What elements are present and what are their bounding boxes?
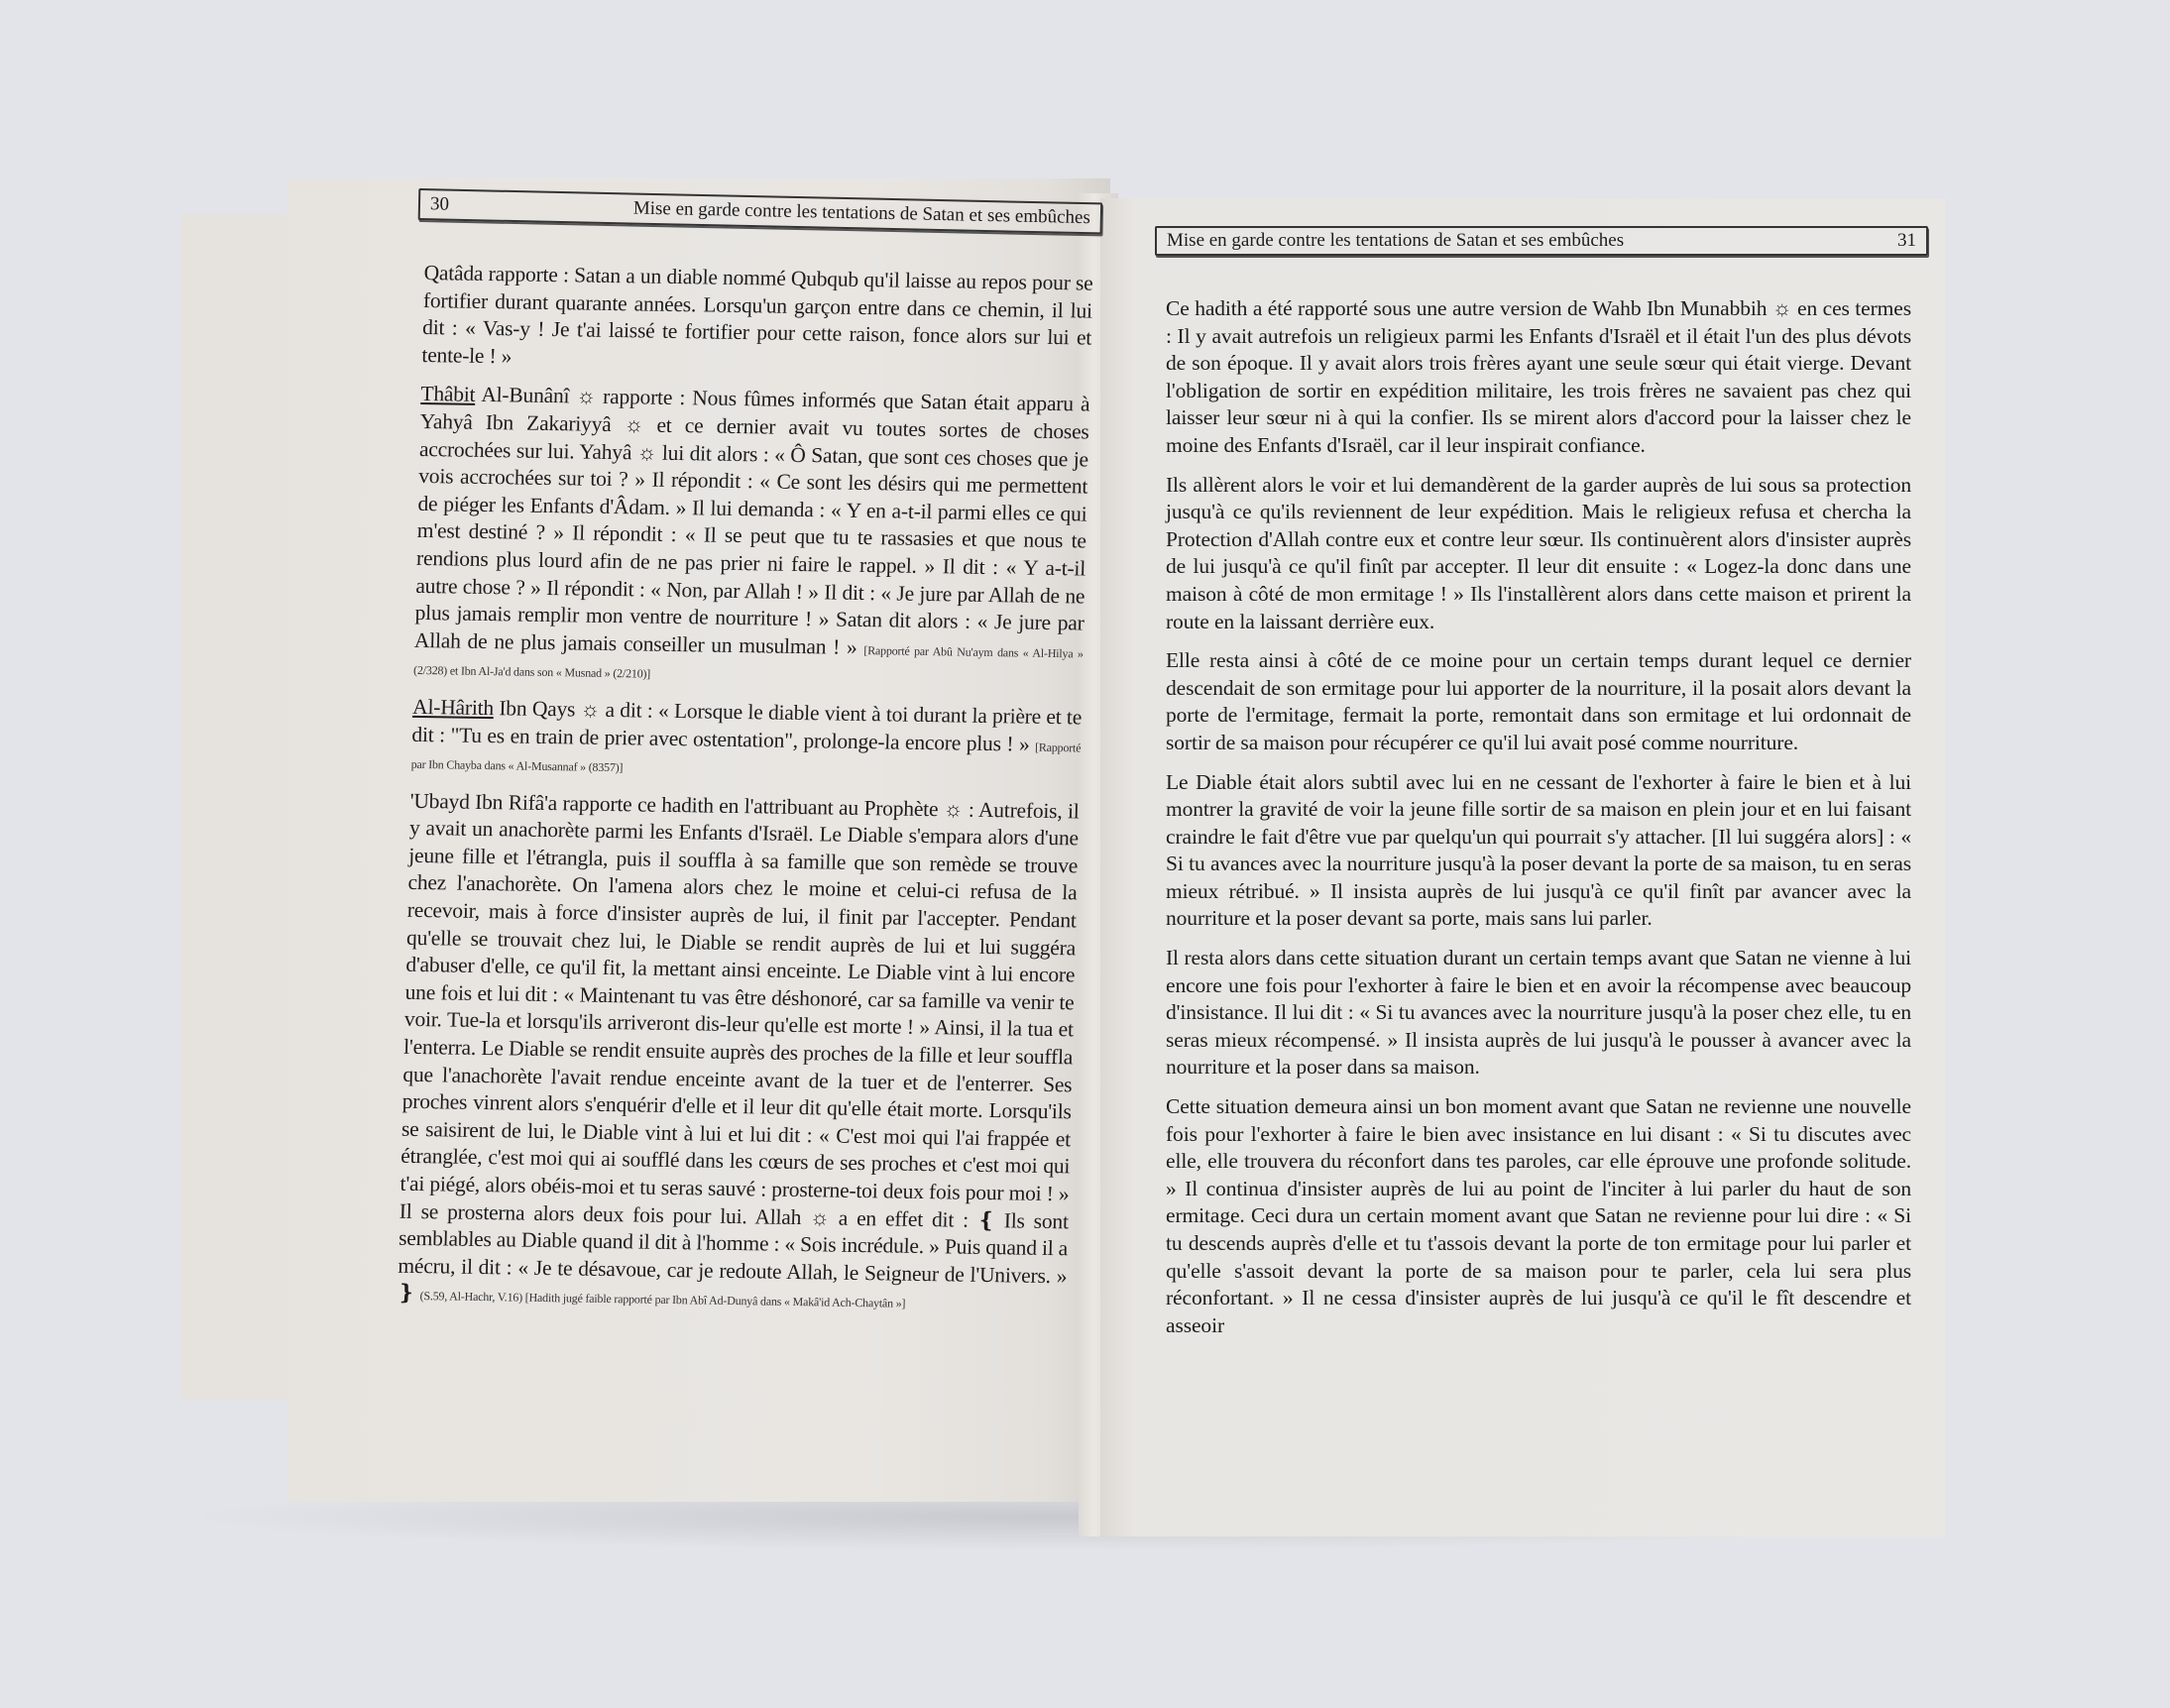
narrator-name: Al-Hârith [412, 695, 494, 720]
narrator-name: Thâbit [420, 382, 476, 406]
right-page-body: Ce hadith a été rapporté sous une autre … [1166, 295, 1911, 1351]
paragraph: Al-Hârith Ibn Qays ☼ a dit : « Lorsque l… [410, 694, 1082, 786]
paragraph: Qatâda rapporte : Satan a un diable nomm… [421, 260, 1093, 380]
paragraph: Ce hadith a été rapporté sous une autre … [1166, 295, 1911, 460]
citation: (S.59, Al-Hachr, V.16) [Hadith jugé faib… [419, 1289, 905, 1310]
right-running-title: Mise en garde contre les tentations de S… [1167, 228, 1624, 254]
right-running-header: Mise en garde contre les tentations de S… [1155, 226, 1928, 256]
narrator-name: 'Ubayd Ibn Rifâ'a [409, 789, 557, 815]
paragraph: Elle resta ainsi à côté de ce moine pour… [1166, 647, 1911, 756]
paragraph: Cette situation demeura ainsi un bon mom… [1166, 1093, 1911, 1339]
left-page-body: Qatâda rapporte : Satan a un diable nomm… [397, 260, 1093, 1329]
left-page-number: 30 [430, 191, 450, 217]
paragraph: 'Ubayd Ibn Rifâ'a rapporte ce hadith en … [397, 788, 1080, 1318]
paragraph: Il resta alors dans cette situation dura… [1166, 945, 1911, 1082]
paragraph: Le Diable était alors subtil avec lui en… [1166, 769, 1911, 934]
left-running-title: Mise en garde contre les tentations de S… [633, 196, 1091, 232]
right-page-number: 31 [1897, 228, 1916, 254]
paragraph: Ils allèrent alors le voir et lui demand… [1166, 472, 1911, 636]
paragraph: Thâbit Al-Bunânî ☼ rapporte : Nous fûmes… [413, 381, 1090, 692]
